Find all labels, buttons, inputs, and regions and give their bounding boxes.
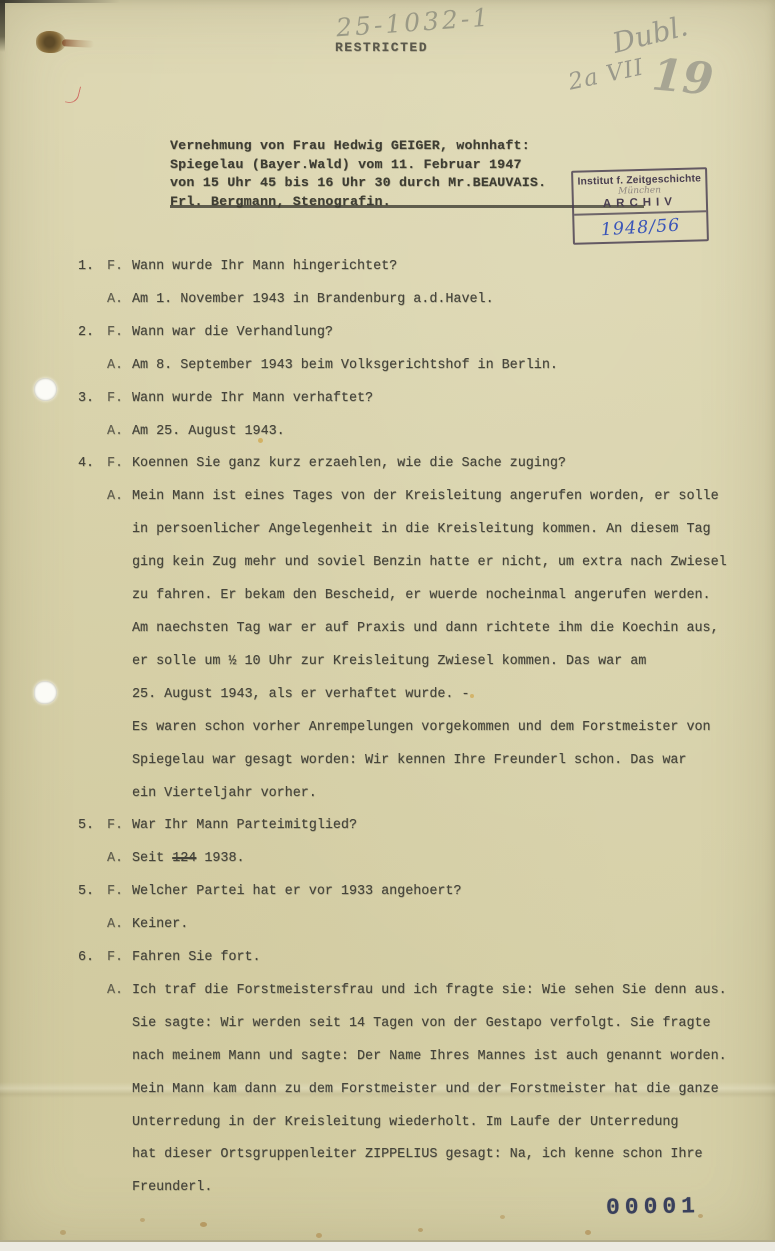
- qa-number: 4.: [78, 448, 107, 481]
- qa-text: Wann wurde Ihr Mann verhaftet?: [132, 383, 758, 416]
- archive-stamp: Institut f. Zeitgeschichte München ARCHI…: [571, 167, 709, 245]
- qa-line: Keiner.: [132, 909, 758, 942]
- paper-stain: [585, 1230, 591, 1235]
- qa-item: A.Seit 124 1938.: [78, 843, 758, 876]
- qa-text: Am 25. August 1943.: [132, 416, 758, 449]
- qa-text: War Ihr Mann Parteimitglied?: [132, 810, 758, 843]
- qa-number: 5.: [78, 810, 107, 843]
- scan-edge-artifact: [0, 0, 120, 3]
- qa-line: Wann wurde Ihr Mann verhaftet?: [132, 383, 758, 416]
- qa-speaker-label: A.: [107, 975, 132, 1008]
- scan-edge-artifact: [0, 0, 5, 52]
- document-header: Vernehmung von Frau Hedwig GEIGER, wohnh…: [170, 137, 546, 211]
- qa-item: 1.F.Wann wurde Ihr Mann hingerichtet?: [78, 251, 758, 284]
- qa-line: hat dieser Ortsgruppenleiter ZIPPELIUS g…: [132, 1139, 758, 1172]
- qa-item: A.Mein Mann ist eines Tages von der Krei…: [78, 481, 758, 810]
- red-pencil-mark: [65, 84, 81, 105]
- paper-stain: [316, 1233, 322, 1238]
- qa-speaker-label: F.: [107, 942, 132, 975]
- qa-line: Am 8. September 1943 beim Volksgerichtsh…: [132, 350, 758, 383]
- qa-speaker-label: A.: [107, 350, 132, 383]
- classification-heading: RESTRICTED: [335, 40, 428, 55]
- qa-text: Ich traf die Forstmeistersfrau und ich f…: [132, 975, 758, 1205]
- qa-item: A.Am 25. August 1943.: [78, 416, 758, 449]
- qa-item: A.Keiner.: [78, 909, 758, 942]
- punch-hole: [34, 378, 57, 401]
- staple-rust-streak: [62, 39, 94, 48]
- qa-line: Mein Mann ist eines Tages von der Kreisl…: [132, 481, 758, 514]
- qa-line: Welcher Partei hat er vor 1933 angehoert…: [132, 876, 758, 909]
- corner-note-line: 2a VII: [566, 54, 646, 95]
- corner-note-line: 19: [650, 49, 715, 105]
- paper-stain: [200, 1222, 207, 1227]
- header-line: Frl. Bergmann, Stenografin.: [170, 193, 546, 212]
- qa-line: Am 25. August 1943.: [132, 416, 758, 449]
- qa-line: ging kein Zug mehr und soviel Benzin hat…: [132, 547, 758, 580]
- qa-text: Am 8. September 1943 beim Volksgerichtsh…: [132, 350, 758, 383]
- qa-text: Fahren Sie fort.: [132, 942, 758, 975]
- qa-line: Mein Mann kam dann zu dem Forstmeister u…: [132, 1074, 758, 1107]
- stamp-archiv-label: ARCHIV: [577, 195, 703, 210]
- qa-text: Wann war die Verhandlung?: [132, 317, 758, 350]
- qa-item: 5.F.Welcher Partei hat er vor 1933 angeh…: [78, 876, 758, 909]
- archive-stamp-head: Institut f. Zeitgeschichte München ARCHI…: [573, 169, 706, 215]
- qa-speaker-label: F.: [107, 448, 132, 481]
- header-line: Spiegelau (Bayer.Wald) vom 11. Februar 1…: [170, 156, 546, 175]
- qa-text: Am 1. November 1943 in Brandenburg a.d.H…: [132, 284, 758, 317]
- qa-line: Unterredung in der Kreisleitung wiederho…: [132, 1107, 758, 1140]
- qa-line: Sie sagte: Wir werden seit 14 Tagen von …: [132, 1008, 758, 1041]
- paper-stain: [60, 1230, 66, 1235]
- qa-speaker-label: F.: [107, 876, 132, 909]
- punch-hole: [34, 681, 57, 704]
- paper-stain: [418, 1228, 423, 1232]
- qa-speaker-label: A.: [107, 416, 132, 449]
- stamp-accession-number: 1948/56: [574, 210, 707, 245]
- qa-line: 25. August 1943, als er verhaftet wurde.…: [132, 679, 758, 712]
- qa-line: Fahren Sie fort.: [132, 942, 758, 975]
- document-page: 25-1032-1 RESTRICTED Dubl. 2a VII 19 Ver…: [0, 0, 775, 1251]
- qa-item: A.Ich traf die Forstmeistersfrau und ich…: [78, 975, 758, 1205]
- qa-text: Wann wurde Ihr Mann hingerichtet?: [132, 251, 758, 284]
- qa-line: Ich traf die Forstmeistersfrau und ich f…: [132, 975, 758, 1008]
- qa-number: 6.: [78, 942, 107, 975]
- qa-text: Keiner.: [132, 909, 758, 942]
- qa-line: in persoenlicher Angelegenheit in die Kr…: [132, 514, 758, 547]
- qa-line: Am 1. November 1943 in Brandenburg a.d.H…: [132, 284, 758, 317]
- qa-number: 3.: [78, 383, 107, 416]
- header-line: Vernehmung von Frau Hedwig GEIGER, wohnh…: [170, 137, 546, 156]
- qa-speaker-label: F.: [107, 383, 132, 416]
- qa-text: Mein Mann ist eines Tages von der Kreisl…: [132, 481, 758, 810]
- qa-line: zu fahren. Er bekam den Bescheid, er wue…: [132, 580, 758, 613]
- qa-line: Wann war die Verhandlung?: [132, 317, 758, 350]
- qa-item: 5.F.War Ihr Mann Parteimitglied?: [78, 810, 758, 843]
- qa-text: Koennen Sie ganz kurz erzaehlen, wie die…: [132, 448, 758, 481]
- qa-list: 1.F.Wann wurde Ihr Mann hingerichtet?A.A…: [78, 251, 758, 1205]
- qa-item: 3.F.Wann wurde Ihr Mann verhaftet?: [78, 383, 758, 416]
- qa-line: War Ihr Mann Parteimitglied?: [132, 810, 758, 843]
- qa-number: 1.: [78, 251, 107, 284]
- qa-line: er solle um ½ 10 Uhr zur Kreisleitung Zw…: [132, 646, 758, 679]
- qa-speaker-label: F.: [107, 251, 132, 284]
- qa-item: A.Am 1. November 1943 in Brandenburg a.d…: [78, 284, 758, 317]
- qa-line: ein Vierteljahr vorher.: [132, 778, 758, 811]
- qa-speaker-label: A.: [107, 481, 132, 514]
- qa-line: Seit 124 1938.: [132, 843, 758, 876]
- qa-speaker-label: A.: [107, 909, 132, 942]
- qa-text: Seit 124 1938.: [132, 843, 758, 876]
- qa-line: Am naechsten Tag war er auf Praxis und d…: [132, 613, 758, 646]
- header-line: von 15 Uhr 45 bis 16 Uhr 30 durch Mr.BEA…: [170, 174, 546, 193]
- qa-item: 2.F.Wann war die Verhandlung?: [78, 317, 758, 350]
- qa-line: Spiegelau war gesagt worden: Wir kennen …: [132, 745, 758, 778]
- handwritten-file-reference: 25-1032-1: [335, 3, 492, 43]
- qa-number: 5.: [78, 876, 107, 909]
- qa-number: 2.: [78, 317, 107, 350]
- qa-speaker-label: A.: [107, 284, 132, 317]
- scan-background-strip: [0, 1240, 775, 1251]
- qa-line: nach meinem Mann und sagte: Der Name Ihr…: [132, 1041, 758, 1074]
- qa-speaker-label: F.: [107, 317, 132, 350]
- qa-line: Koennen Sie ganz kurz erzaehlen, wie die…: [132, 448, 758, 481]
- qa-line: Wann wurde Ihr Mann hingerichtet?: [132, 251, 758, 284]
- paper-stain: [500, 1215, 505, 1219]
- qa-item: 6.F.Fahren Sie fort.: [78, 942, 758, 975]
- qa-text: Welcher Partei hat er vor 1933 angehoert…: [132, 876, 758, 909]
- qa-item: 4.F.Koennen Sie ganz kurz erzaehlen, wie…: [78, 448, 758, 481]
- qa-item: A.Am 8. September 1943 beim Volksgericht…: [78, 350, 758, 383]
- qa-speaker-label: F.: [107, 810, 132, 843]
- qa-line: Es waren schon vorher Anrempelungen vorg…: [132, 712, 758, 745]
- page-number-stamp: 00001: [606, 1193, 700, 1221]
- qa-speaker-label: A.: [107, 843, 132, 876]
- paper-stain: [140, 1218, 145, 1222]
- handwritten-corner-note: Dubl. 2a VII 19: [560, 10, 720, 130]
